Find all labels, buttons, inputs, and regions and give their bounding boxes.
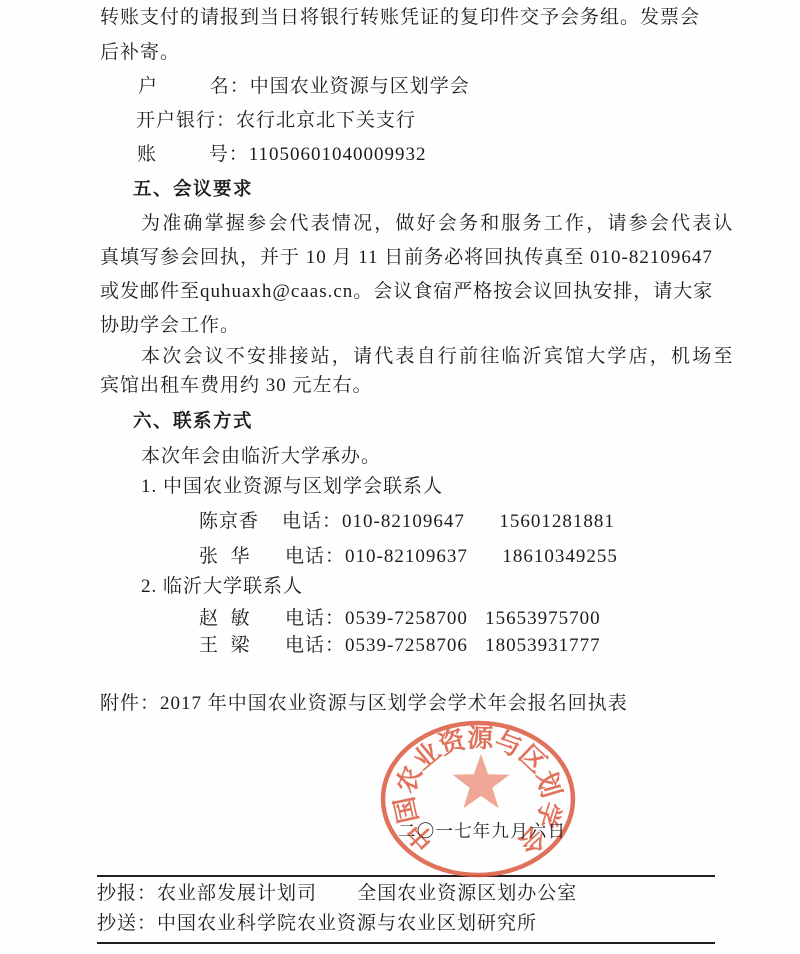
official-seal: 中国农业资源与区划学会: [377, 719, 579, 881]
contact-line-zhao: 赵 敏 电话：0539-7258700 15653975700: [199, 609, 601, 630]
contact-line-chen: 陈京香 电话：010-82109647 15601281881: [199, 512, 615, 533]
contact-line-zhang: 张 华 电话：010-82109637 18610349255: [199, 547, 618, 568]
cc-send-line: 抄送：中国农业科学院农业资源与农业区划研究所: [97, 914, 537, 935]
account-number-line: 账 号：11050601040009932: [137, 145, 427, 166]
contact-group-1-label: 1. 中国农业资源与区划学会联系人: [141, 477, 443, 498]
bank-line: 开户银行：农行北京北下关支行: [136, 111, 416, 132]
contact-line-wang: 王 梁 电话：0539-7258706 18053931777: [199, 636, 601, 657]
footer-rule-bottom: [97, 942, 715, 944]
seal-star-icon: [453, 754, 510, 808]
section-6-intro-line: 本次年会由临沂大学承办。: [141, 447, 381, 468]
account-name-line: 户 名：中国农业资源与区划学会: [138, 77, 470, 98]
section-5-para-1-line-2: 真填写参会回执，并于 10 月 11 日前务必将回执传真至 010-821096…: [100, 248, 713, 269]
transfer-paragraph-line-2: 后补寄。: [100, 43, 180, 64]
document-date: 二〇一七年九月六日: [398, 822, 566, 841]
section-5-para-1-line-4: 协助学会工作。: [100, 316, 240, 337]
section-5-para-1-line-3: 或发邮件至quhuaxh@caas.cn。会议食宿严格按会议回执安排，请大家: [100, 282, 713, 303]
section-5-para-2-line-2: 宾馆出租车费用约 30 元左右。: [100, 376, 373, 397]
section-6-heading: 六、联系方式: [133, 412, 253, 432]
attachment-line: 附件：2017 年中国农业资源与区划学会学术年会报名回执表: [100, 694, 628, 715]
document-page: 转账支付的请报到当日将银行转账凭证的复印件交予会务组。发票会 后补寄。 户 名：…: [0, 0, 800, 954]
section-5-para-2-line-1: 本次会议不安排接站，请代表自行前往临沂宾馆大学店，机场至: [141, 347, 735, 368]
section-5-heading: 五、会议要求: [133, 180, 253, 200]
section-5-para-1-line-1: 为准确掌握参会代表情况，做好会务和服务工作，请参会代表认: [141, 214, 735, 235]
transfer-paragraph-line-1: 转账支付的请报到当日将银行转账凭证的复印件交予会务组。发票会: [100, 8, 700, 29]
cc-report-line: 抄报：农业部发展计划司 全国农业资源区划办公室: [97, 884, 577, 905]
contact-group-2-label: 2. 临沂大学联系人: [141, 577, 303, 598]
